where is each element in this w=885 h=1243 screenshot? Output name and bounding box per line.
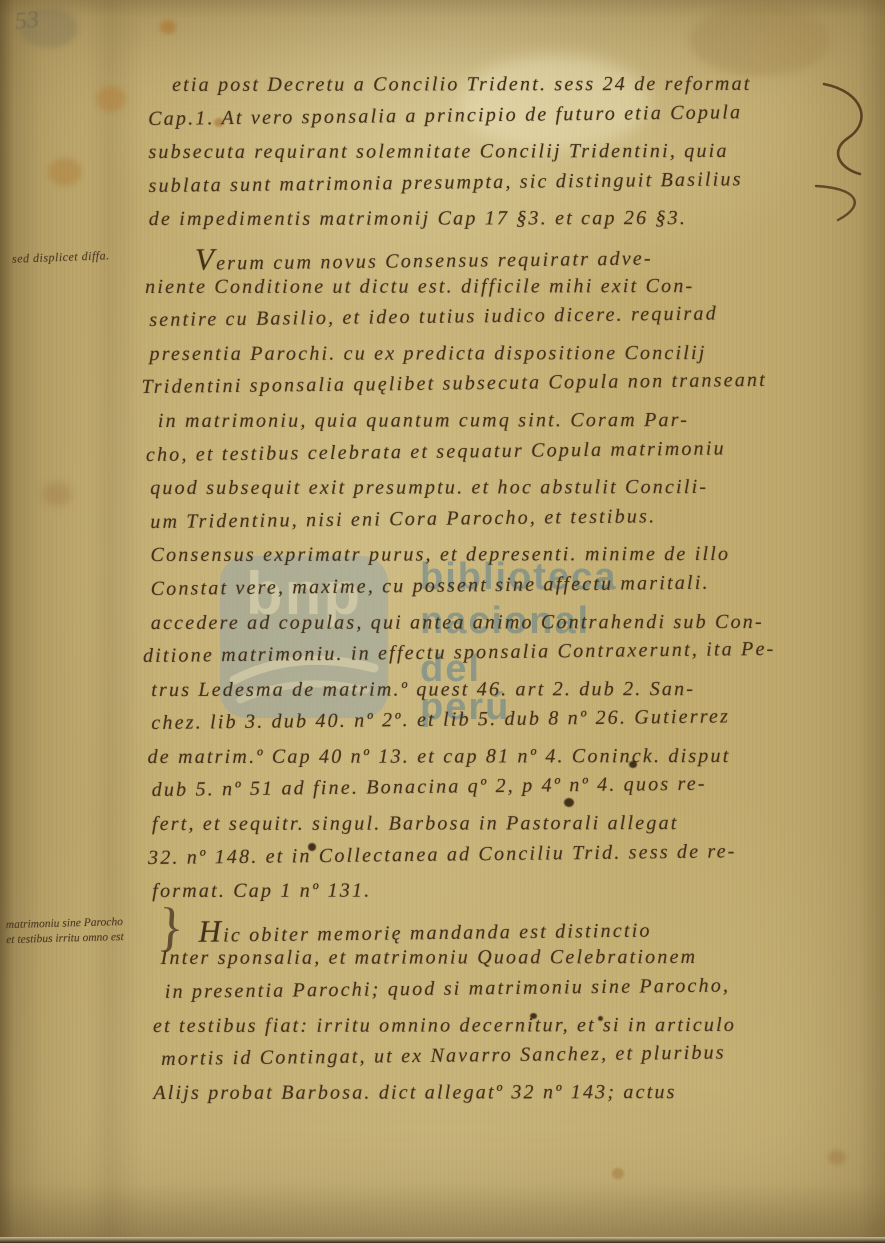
ink-blot	[308, 843, 316, 851]
manuscript-line: sentire cu Basilio, et ideo tutius iudic…	[149, 301, 879, 343]
stain	[612, 1168, 624, 1179]
stain	[96, 86, 126, 112]
ink-blot	[564, 798, 574, 807]
stain	[828, 1150, 846, 1165]
manuscript-line: Verum cum novus Consensus requiratr adve…	[195, 234, 879, 275]
paper-crease	[86, 0, 146, 1243]
stain	[690, 4, 830, 76]
manuscript-line: in presentia Parochi; quod si matrimoniu…	[165, 973, 883, 1015]
manuscript-line: mortis id Contingat, ut ex Navarro Sanch…	[161, 1040, 883, 1082]
manuscript-line: Tridentini sponsalia quęlibet subsecuta …	[141, 368, 879, 410]
manuscript-line: dub 5. nº 51 ad fine. Bonacina qº 2, p 4…	[152, 771, 882, 813]
stain	[48, 158, 82, 186]
manuscript-line: Alijs probat Barbosa. dict allegatº 32 n…	[153, 1081, 883, 1116]
ink-blot	[530, 1013, 537, 1019]
manuscript-line: sublata sunt matrimonia presumpta, sic d…	[148, 166, 878, 208]
ink-blot	[629, 761, 637, 768]
manuscript-text: etia post Decretu a Concilio Trident. se…	[148, 70, 883, 1115]
scan-edge	[0, 1237, 885, 1243]
folio-number: 53	[14, 7, 41, 36]
stain	[160, 20, 176, 34]
manuscript-line: Constat vere, maxime, cu possent sine af…	[151, 570, 881, 612]
ink-blot	[598, 1016, 603, 1021]
stain	[42, 482, 72, 506]
manuscript-page: 53 bnp biblioteca nacional del perú sed …	[0, 0, 885, 1243]
manuscript-line: ditione matrimoniu. in effectu sponsalia…	[143, 637, 881, 679]
margin-note-bottom: matrimoniu sine Parocho et testibus irri…	[6, 914, 167, 948]
manuscript-line: chez. lib 3. dub 40. nº 2º. et lib 5. du…	[151, 704, 881, 746]
manuscript-line: Hic obiter memorię mandanda est distinct…	[198, 906, 882, 947]
